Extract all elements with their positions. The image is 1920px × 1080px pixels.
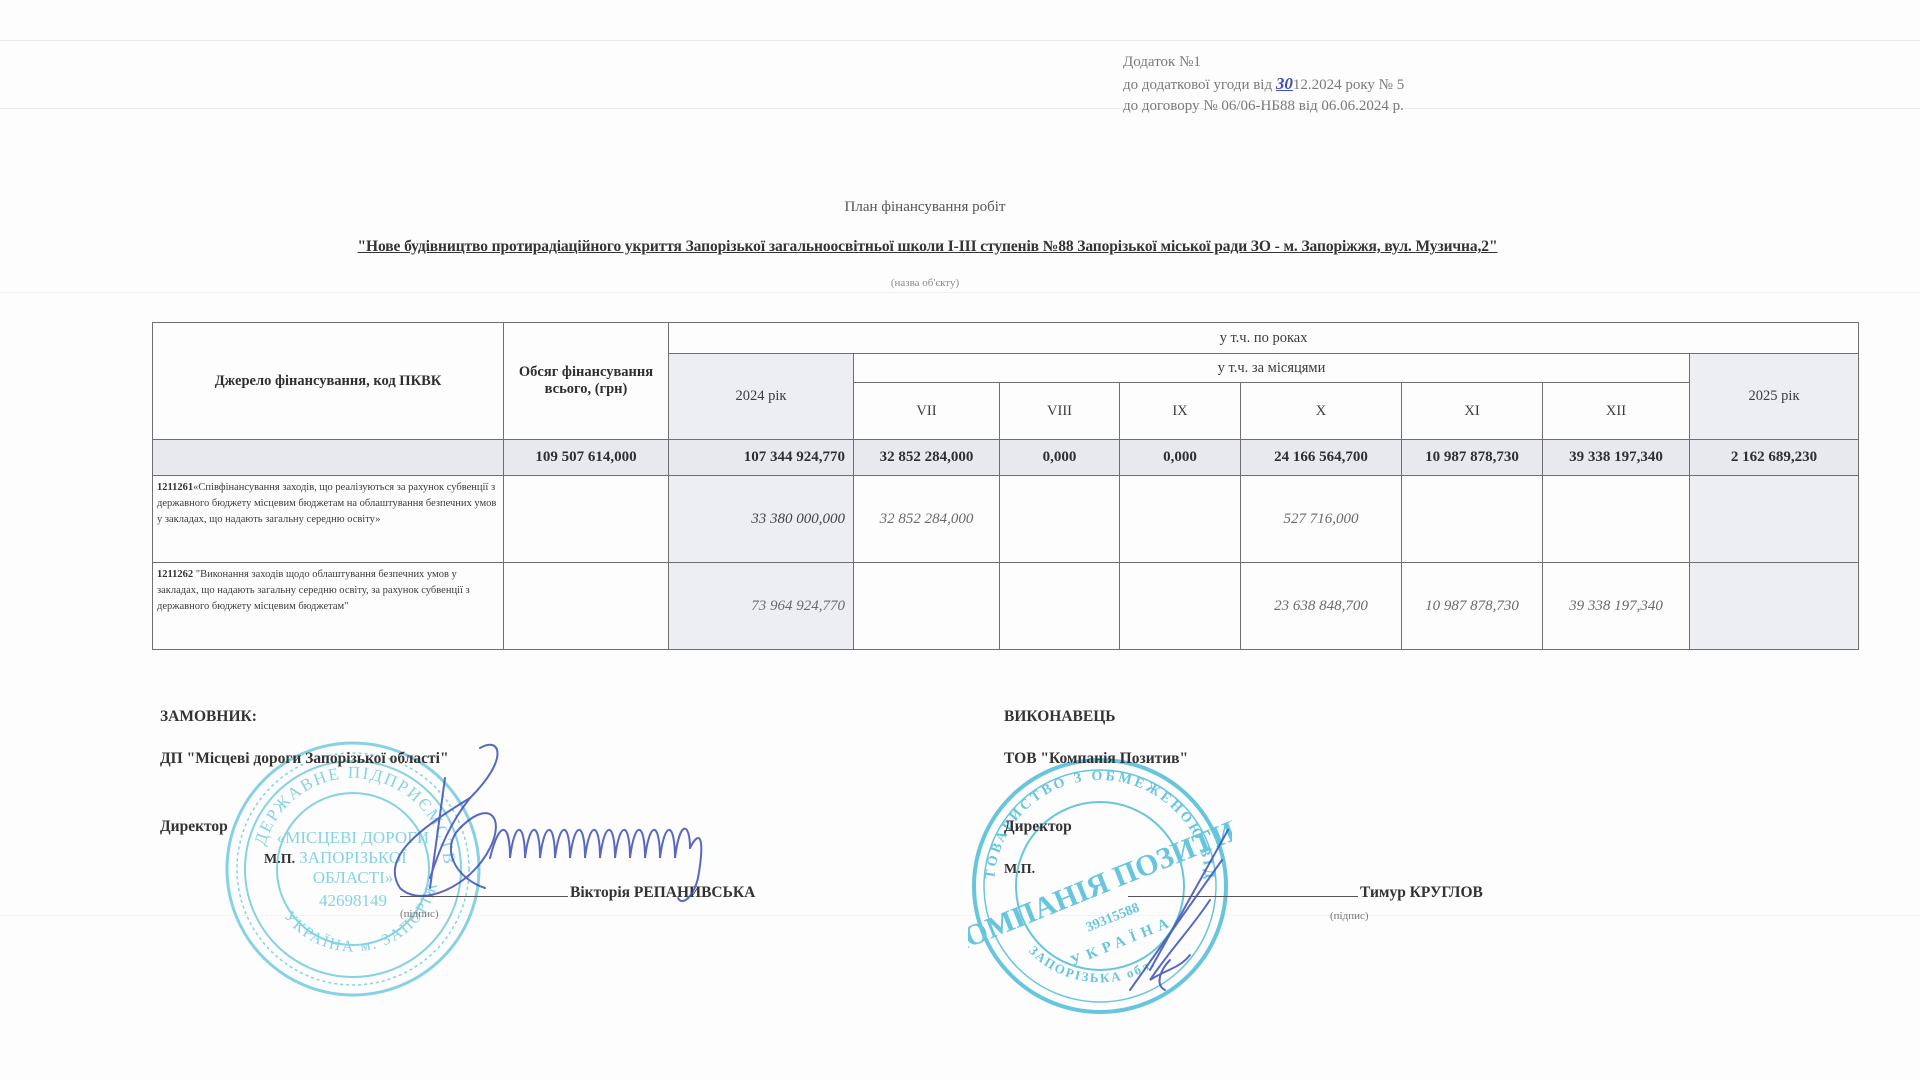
header-by-months: у т.ч. за місяцями [854,354,1690,383]
row-month [854,563,1000,650]
totals-month: 32 852 284,000 [854,440,1000,476]
object-name-caption: (назва об'єкту) [0,277,1850,289]
table-row: 1211262 "Виконання заходів щодо облаштув… [153,563,1859,650]
row-total [504,563,669,650]
row-month: 39 338 197,340 [1543,563,1690,650]
contractor-seal-mark: М.П. [1004,862,1035,878]
contractor-signature-icon [1110,820,1250,1000]
row-description: «Співфінансування заходів, що реалізують… [157,482,496,525]
row-2024: 33 380 000,000 [669,476,854,563]
totals-source [153,440,504,476]
row-2024: 73 964 924,770 [669,563,854,650]
financing-plan-table: Джерело фінансування, код ПКВК Обсяг фін… [152,322,1859,650]
totals-total: 109 507 614,000 [504,440,669,476]
scan-artifact-line [0,292,1920,293]
addendum-agreement-prefix: до додаткової угоди від [1123,77,1276,93]
row-2025 [1690,563,1859,650]
row-month [1000,476,1120,563]
customer-role-text: ЗАМОВНИК: [160,708,257,725]
header-year-2025: 2025 рік [1690,354,1859,440]
header-month: VIII [1000,383,1120,440]
row-total [504,476,669,563]
customer-position: Директор [160,818,228,836]
row-source: 1211262 "Виконання заходів щодо облаштув… [153,563,504,650]
totals-month: 39 338 197,340 [1543,440,1690,476]
row-code: 1211261 [157,482,193,493]
scan-artifact-line [0,108,1920,109]
row-month [1402,476,1543,563]
addendum-agreement-suffix: 12.2024 року № 5 [1293,77,1404,93]
contractor-signatory-name: Тимур КРУГЛОВ [1360,884,1483,902]
totals-month: 0,000 [1120,440,1241,476]
header-month: XI [1402,383,1543,440]
row-month [1120,563,1241,650]
row-month [1000,563,1120,650]
header-month: IX [1120,383,1241,440]
totals-month: 0,000 [1000,440,1120,476]
addendum-contract-line: до договору № 06/06-НБ88 від 06.06.2024 … [1123,96,1404,117]
row-month: 10 987 878,730 [1402,563,1543,650]
addendum-number: Додаток №1 [1123,52,1404,73]
header-year-2024: 2024 рік [669,354,854,440]
row-month: 32 852 284,000 [854,476,1000,563]
totals-2024: 107 344 924,770 [669,440,854,476]
header-month: X [1241,383,1402,440]
handwritten-day: 30 [1276,74,1293,93]
row-code: 1211262 [157,569,193,580]
header-month: XII [1543,383,1690,440]
row-source: 1211261«Співфінансування заходів, що реа… [153,476,504,563]
header-total: Обсяг фінансування всього, (грн) [504,323,669,440]
totals-2025: 2 162 689,230 [1690,440,1859,476]
header-by-years: у т.ч. по роках [669,323,1859,354]
contractor-signature-caption: (підпис) [1330,910,1369,922]
scan-artifact-line [0,40,1920,41]
row-description: "Виконання заходів щодо облаштування без… [157,569,470,612]
row-month [1543,476,1690,563]
row-month: 527 716,000 [1241,476,1402,563]
totals-month: 24 166 564,700 [1241,440,1402,476]
customer-seal-mark: М.П. [264,852,295,868]
header-source: Джерело фінансування, код ПКВК [153,323,504,440]
contractor-position: Директор [1004,818,1072,836]
header-month: VII [854,383,1000,440]
customer-role-label: ЗАМОВНИК: [160,708,257,726]
customer-signature-caption: (підпис) [400,908,439,920]
object-name: "Нове будівництво протирадіаційного укри… [0,238,1855,256]
contractor-organization: ТОВ "Компанія Позитив" [1004,750,1188,768]
table-row: 1211261«Співфінансування заходів, що реа… [153,476,1859,563]
row-month: 23 638 848,700 [1241,563,1402,650]
row-2025 [1690,476,1859,563]
totals-row: 109 507 614,000 107 344 924,770 32 852 2… [153,440,1859,476]
totals-month: 10 987 878,730 [1402,440,1543,476]
customer-signature-icon [360,738,760,908]
row-month [1120,476,1241,563]
document-title: План фінансування робіт [0,199,1850,216]
addendum-agreement-line: до додаткової угоди від 3012.2024 року №… [1123,73,1404,96]
addendum-reference: Додаток №1 до додаткової угоди від 3012.… [1123,52,1404,117]
contractor-role-label: ВИКОНАВЕЦЬ [1004,708,1116,726]
